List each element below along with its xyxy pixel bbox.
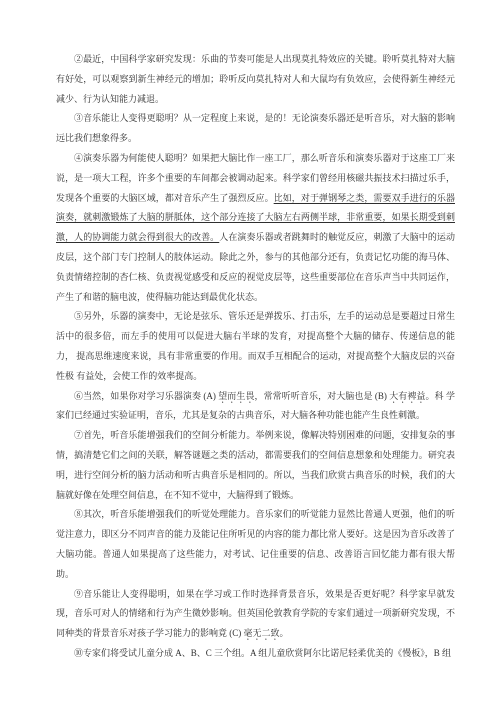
paragraph-8: ⑧其次，听音乐能增强我们的听觉处理能力。音乐家们的听觉能力显然比普通人更强，他们… <box>56 505 455 584</box>
paragraph-7: ⑦首先，听音乐能增强我们的空间分析能力。举例来说，像解决特别困难的问题，安排复杂… <box>56 426 455 505</box>
paragraph-9-emphasized-phrase-c: 毫无二致 <box>244 628 280 638</box>
reading-passage: ②最近，中国科学家研究发现：乐曲的节奏可能是人出现莫扎特效应的关键。聆听莫扎特对… <box>56 50 455 664</box>
paragraph-3: ③音乐能让人变得更聪明？从一定程度上来说，是的！无论演奏乐器还是听音乐，对大脑的… <box>56 109 455 149</box>
paragraph-6-text-mid: ，常常听听音乐，对大脑也是 (B) <box>255 391 390 401</box>
paragraph-4: ④演奏乐器为何能使人聪明？如果把大脑比作一座工厂，那么听音乐和演奏乐器对于这座工… <box>56 149 455 307</box>
paragraph-5: ⑤另外，乐器的演奏中，无论是弦乐、管乐还是弹拨乐、打击乐，左手的运动总是要超过日… <box>56 307 455 386</box>
document-page: ②最近，中国科学家研究发现：乐曲的节奏可能是人出现莫扎特效应的关键。聆听莫扎特对… <box>0 0 500 707</box>
paragraph-10: ⑩专家们将受试儿童分成 A、B、C 三个组。A 组儿童欣赏阿尔比诺尼轻柔优美的《… <box>56 644 455 664</box>
paragraph-2: ②最近，中国科学家研究发现：乐曲的节奏可能是人出现莫扎特效应的关键。聆听莫扎特对… <box>56 50 455 109</box>
paragraph-6-text-pre: ⑥当然，如果你对学习乐器演奏 (A) <box>74 391 218 401</box>
paragraph-4-text-post: 人在演奏乐器或者跳舞时的触觉反应，刺激了大脑中的运动 皮层，这个部门专门控制人的… <box>56 232 455 301</box>
paragraph-6: ⑥当然，如果你对学习乐器演奏 (A) 望而生畏，常常听听音乐，对大脑也是 (B)… <box>56 387 455 427</box>
paragraph-6-emphasized-phrase-a: 望而生畏 <box>218 391 254 401</box>
paragraph-9: ⑨音乐能让人变得聪明，如果在学习或工作时选择背景音乐，效果是否更好呢？科学家早就… <box>56 585 455 644</box>
paragraph-9-text-post: 。 <box>280 628 289 638</box>
paragraph-6-emphasized-phrase-b: 大有裨益 <box>389 391 425 401</box>
